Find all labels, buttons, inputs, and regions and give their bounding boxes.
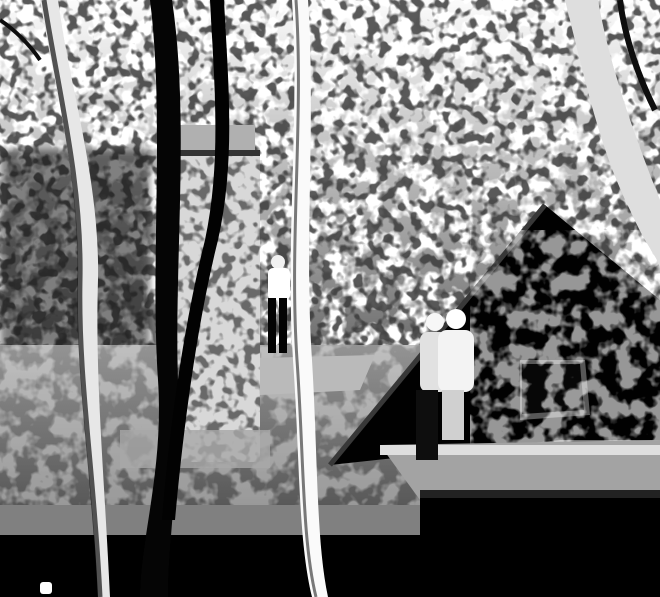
- photograph: [0, 0, 660, 597]
- deck-underside: [420, 498, 660, 538]
- near-ground: [0, 505, 430, 535]
- worker-3: [268, 255, 290, 353]
- photo-canvas: [0, 0, 660, 597]
- light-spot: [40, 582, 52, 594]
